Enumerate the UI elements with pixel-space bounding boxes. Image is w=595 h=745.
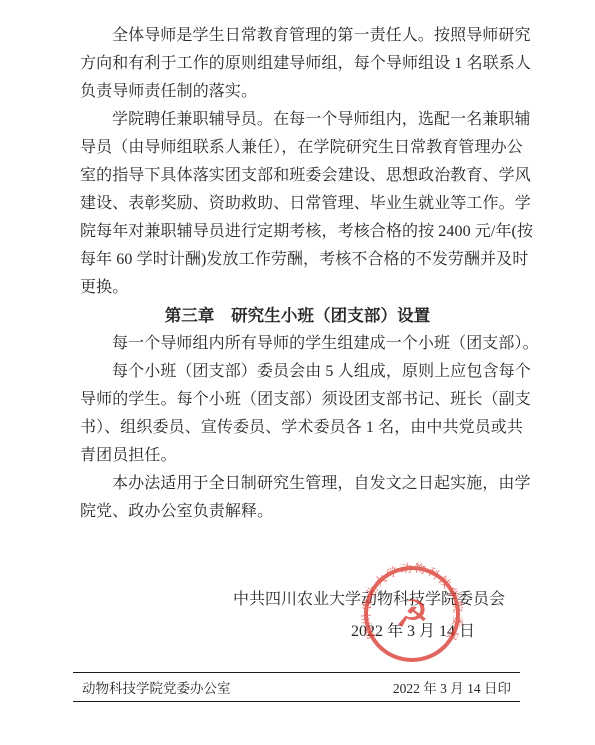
document-line: 第三章 研究生小班（团支部）设置 (80, 302, 515, 330)
footer-issuing-office: 动物科技学院党委办公室 (82, 677, 231, 697)
document-line: 院每年对兼职辅导员进行定期考核，考核合格的按 2400 元/年(按 (80, 218, 515, 246)
document-line: 每年 60 学时计酬)发放工作劳酬，考核不合格的不发劳酬并及时 (80, 246, 515, 274)
paragraph: 本办法适用于全日制研究生管理，自发文之日起实施，由学院党、政办公室负责解释。 (80, 470, 515, 526)
paragraph: 学院聘任兼职辅导员。在每一个导师组内，选配一名兼职辅导员（由导师组联系人兼任），… (80, 106, 515, 302)
document-line: 书）、组织委员、宣传委员、学术委员各 1 名，由中共党员或共 (80, 414, 515, 442)
document-line: 每个小班（团支部）委员会由 5 人组成，原则上应包含每个 (80, 358, 515, 386)
document-line: 负责导师责任制的落实。 (80, 78, 515, 106)
document-line: 本办法适用于全日制研究生管理，自发文之日起实施，由学 (80, 470, 515, 498)
signature-block: 中共四川农业大学动物科技学院委员会 2022 年 3 月 14 日 (80, 586, 515, 646)
paragraph: 每一个导师组内所有导师的学生组建成一个小班（团支部）。 (80, 330, 515, 358)
document-line: 青团员担任。 (80, 442, 515, 470)
page-footer: 动物科技学院党委办公室 2022 年 3 月 14 日印 (73, 672, 520, 702)
document-page: 全体导师是学生日常教育管理的第一责任人。按照导师研究方向和有利于工作的原则组建导… (0, 0, 595, 745)
document-line: 更换。 (80, 274, 515, 302)
chapter-heading: 第三章 研究生小班（团支部）设置 (80, 302, 515, 330)
paragraph: 全体导师是学生日常教育管理的第一责任人。按照导师研究方向和有利于工作的原则组建导… (80, 22, 515, 106)
document-line: 导师的学生。每个小班（团支部）须设团支部书记、班长（副支 (80, 386, 515, 414)
document-line: 院党、政办公室负责解释。 (80, 498, 515, 526)
document-line: 建设、表彰奖励、资助救助、日常管理、毕业生就业等工作。学 (80, 190, 515, 218)
document-line: 方向和有利于工作的原则组建导师组，每个导师组设 1 名联系人 (80, 50, 515, 78)
signature-committee-name: 中共四川农业大学动物科技学院委员会 (80, 586, 515, 614)
footer-print-date: 2022 年 3 月 14 日印 (393, 677, 511, 697)
document-line: 学院聘任兼职辅导员。在每一个导师组内，选配一名兼职辅 (80, 106, 515, 134)
document-line: 每一个导师组内所有导师的学生组建成一个小班（团支部）。 (80, 330, 515, 358)
paragraph: 每个小班（团支部）委员会由 5 人组成，原则上应包含每个导师的学生。每个小班（团… (80, 358, 515, 470)
signature-date: 2022 年 3 月 14 日 (80, 618, 515, 646)
document-line: 导员（由导师组联系人兼任），在学院研究生日常教育管理办公 (80, 134, 515, 162)
document-body: 全体导师是学生日常教育管理的第一责任人。按照导师研究方向和有利于工作的原则组建导… (80, 22, 515, 526)
document-line: 室的指导下具体落实团支部和班委会建设、思想政治教育、学风 (80, 162, 515, 190)
document-line: 全体导师是学生日常教育管理的第一责任人。按照导师研究 (80, 22, 515, 50)
